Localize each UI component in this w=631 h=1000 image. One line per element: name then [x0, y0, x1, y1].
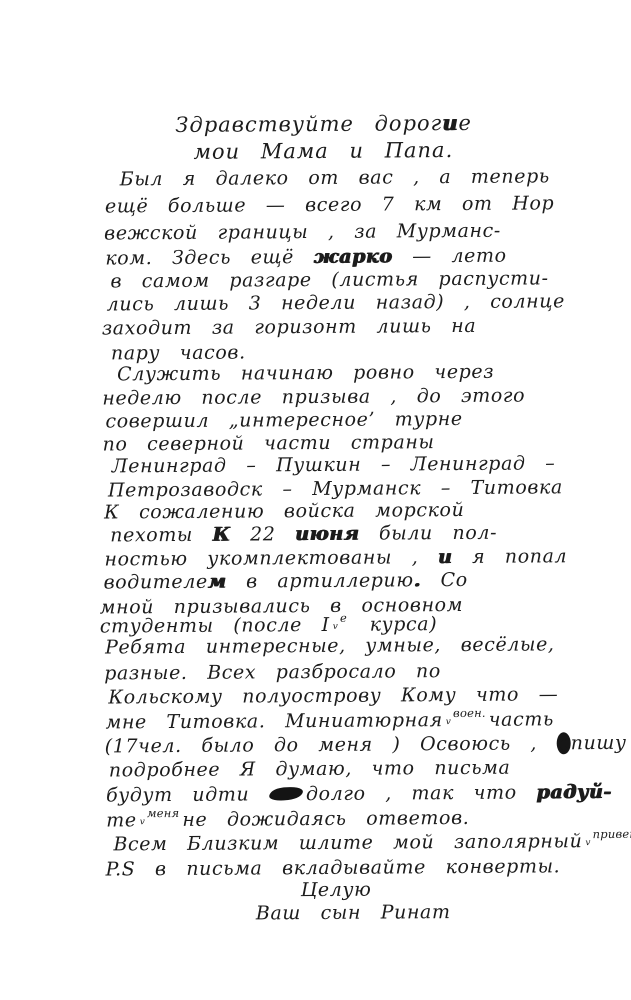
letter-text: те [106, 809, 137, 831]
letter-line: Ленинград – Пушкин – Ленинград – [112, 451, 556, 478]
letter-text: е [458, 111, 472, 135]
letter-text: Петрозаводск – Мурманск – Титовка [108, 476, 563, 501]
letter-text: м [208, 571, 227, 593]
letter-text: и [438, 546, 453, 568]
letter-text: в артиллерию [226, 569, 413, 592]
letter-text: Со [421, 569, 468, 591]
letter-text: разные. Всех разбросало по [104, 660, 441, 684]
letter-text: К [213, 524, 231, 546]
handwritten-letter: Здравствуйте дорогиемои Мама и Папа.Был … [0, 0, 631, 1000]
letter-text: ещё больше — всего 7 км от Нор [105, 192, 554, 217]
letter-text: совершил „интересное’ турне [105, 408, 462, 432]
letter-line: мои Мама и Папа. [193, 138, 453, 164]
letter-text: — лето [392, 245, 506, 268]
letter-text: мне Титовка. Миниатюрная [105, 709, 442, 733]
letter-text: Кольскому полуострову Кому что — [108, 683, 558, 708]
letter-text: Целую [301, 879, 372, 901]
letter-line: ностью укомплектованы , и я попал [104, 544, 567, 571]
scanned-letter-page: Здравствуйте дорогиемои Мама и Папа.Был … [0, 0, 631, 1000]
letter-text: будут идти [106, 783, 269, 806]
letter-text: я попал [452, 545, 567, 568]
letter-line: Целую [301, 878, 372, 902]
letter-line: (17чел. было до меня ) Освоюсь , опишу [105, 731, 627, 759]
letter-text: Был я далеко от вас , а теперь [120, 165, 550, 190]
letter-text: заходит за горизонт лишь на [102, 315, 477, 340]
letter-text: Здравствуйте дорог [175, 111, 442, 137]
letter-line: Ваш сын Ринат [256, 900, 451, 925]
letter-text: в самом разгаре (листья распусти- [110, 267, 548, 292]
inserted-word: е [333, 611, 347, 625]
letter-text: мои Мама и Папа. [193, 138, 453, 164]
letter-text: июня [295, 523, 359, 545]
letter-line: пехоты К 22 июня были пол- [110, 521, 497, 548]
letter-line: лись лишь 3 недели назад) , солнце [107, 289, 565, 316]
letter-text: долго , так что [306, 781, 537, 805]
letter-line: водителем в артиллерию. Со [103, 568, 467, 595]
letter-line: будут идти долго , так что радуй- [106, 780, 612, 808]
letter-line: ещё больше — всего 7 км от Нор [105, 191, 554, 218]
letter-text: радуй- [536, 781, 612, 804]
letter-text: (17чел. было до меня ) Освоюсь , [105, 732, 557, 757]
letter-text: Ленинград – Пушкин – Ленинград – [112, 452, 556, 477]
letter-text: Всем Близким шлите мой заполярный [113, 830, 582, 855]
letter-text: ком. Здесь ещё [105, 246, 313, 269]
letter-text: о [557, 732, 571, 754]
letter-line: вежской границы , за Мурманс- [104, 219, 501, 246]
letter-text: вежской границы , за Мурманс- [104, 220, 501, 245]
letter-line: Служить начинаю ровно через [117, 360, 494, 387]
letter-line: Ребята интересные, умные, весёлые, [105, 632, 555, 659]
letter-line: разные. Всех разбросало по [104, 659, 441, 685]
letter-text: и [442, 110, 458, 135]
letter-text: неделю после призыва , до этого [102, 385, 525, 410]
inserted-word: привет [585, 827, 631, 841]
letter-text: водителе [103, 571, 207, 594]
letter-line: Кольскому полуострову Кому что — [108, 682, 558, 709]
letter-text: пишу [571, 732, 627, 754]
letter-line: Здравствуйте дорогие [175, 111, 472, 137]
letter-text: Ребята интересные, умные, весёлые, [105, 633, 555, 658]
letter-text: 22 [230, 523, 295, 545]
letter-text: Служить начинаю ровно через [117, 361, 494, 386]
letter-line: заходит за горизонт лишь на [102, 314, 477, 341]
letter-text: подробнее Я думаю, что письма [109, 757, 511, 782]
letter-line: Был я далеко от вас , а теперь [120, 164, 550, 191]
letter-text: жарко [314, 245, 393, 268]
letter-line: подробнее Я думаю, что письма [109, 756, 511, 783]
letter-text: К сожалению войска морской [104, 499, 464, 524]
letter-text: P.S в письма вкладывайте конверты. [105, 855, 560, 880]
letter-text: лись лишь 3 недели назад) , солнце [107, 290, 565, 315]
letter-text: не дожидаясь ответов. [182, 807, 469, 831]
letter-text: пехоты [110, 524, 213, 547]
letter-text: ностью укомплектованы , [104, 546, 438, 570]
inserted-word: меня [140, 806, 180, 820]
ink-blot [268, 785, 303, 802]
inserted-word: воен. [446, 706, 486, 720]
letter-text: часть [489, 708, 554, 730]
letter-text: Ваш сын Ринат [256, 901, 451, 924]
letter-text: были пол- [359, 522, 497, 545]
